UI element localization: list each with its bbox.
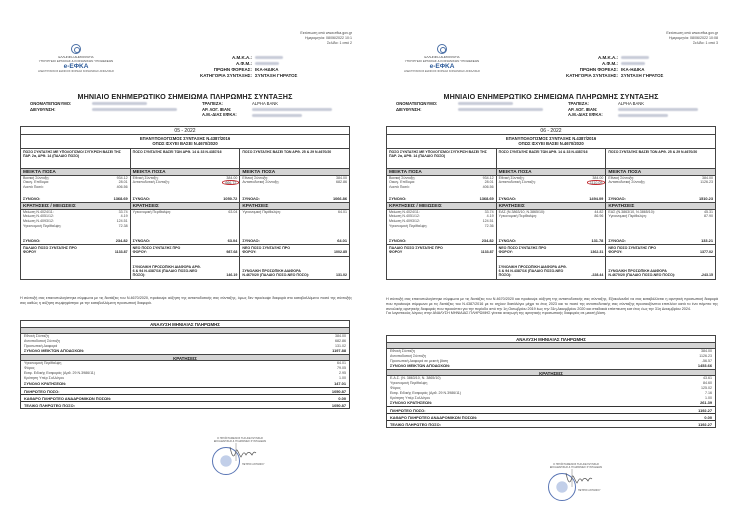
retroactive-amount-row: ΚΑΘΑΡΟ ΠΛΗΡΩΤΕΟ ΑΝΑΔΡΟΜΙΚΩΝ ΠΟΣΩΝ:0.00 bbox=[21, 394, 349, 401]
retroactive-amount-row: ΚΑΘΑΡΟ ΠΛΗΡΩΤΕΟ ΑΝΑΔΡΟΜΙΚΩΝ ΠΟΣΩΝ:0.00 bbox=[387, 413, 715, 420]
column-heading: ΠΟΣΟ ΣΥΝΤΑΞΗΣ ΒΑΣΕΙ ΤΩΝ ΑΡΘ. 25 & 29 Ν.4… bbox=[240, 149, 349, 168]
note-text-2: Για λογιστικούς λόγους στην ΑΝΑΛΥΣΗ ΜΗΝΙ… bbox=[386, 311, 718, 316]
final-payable-row-value: 1192.27 bbox=[698, 421, 712, 427]
gross-item: Ανταποδοτική Σύνταξη:1110.09 bbox=[497, 180, 606, 185]
payment-period: 06 - 2022 bbox=[387, 127, 715, 135]
item-label: Υγειονομική Περίθαλψη: bbox=[608, 214, 646, 219]
net-before-tax-value: 1377.02 bbox=[700, 250, 713, 254]
gross-total-value: 1368.69 bbox=[114, 196, 128, 202]
total-value: 1197.88 bbox=[332, 348, 346, 354]
signer-name: ΠΕΤΡΟΣ ΑΝΤΩΝΙΟΥ bbox=[578, 489, 601, 492]
item-value: 86.96 bbox=[594, 214, 603, 219]
page-number: Σελίδα: 1 από 2 bbox=[300, 41, 352, 46]
personal-difference-row: ΣΥΝΟΛΙΚΗ ΠΡΟΣΩΠΙΚΗ ΔΙΑΦΟΡΑ ΑΡΘ. 6 & 94 Ν… bbox=[497, 256, 606, 279]
total-value: 261.39 bbox=[700, 400, 712, 406]
total-value: 147.01 bbox=[334, 381, 346, 387]
net-before-tax-value: 1133.87 bbox=[481, 250, 494, 254]
payable-amount-row-value: 1192.27 bbox=[698, 407, 712, 413]
total-label: ΣΥΝΟΛΟ ΜΕΙΚΤΩΝ ΑΠΟΔΟΧΩΝ: bbox=[24, 348, 84, 354]
pension-slip-may: Εκτύπωση από www.efka.gov.gr Ημερομηνία:… bbox=[10, 0, 360, 517]
deduction-items: Υγειονομική Περίθαλψη:63.04 bbox=[131, 210, 240, 238]
print-header: Εκτύπωση από www.efka.gov.gr Ημερομηνία:… bbox=[666, 31, 718, 47]
logo-subtitle: ΗΛΕΚΤΡΟΝΙΚΟΣ ΕΘΝΙΚΟΣ ΦΟΡΕΑΣ ΚΟΙΝΩΝΙΚΗΣ Α… bbox=[26, 70, 126, 73]
gross-items: Βασική Σύνταξη:934.12Οικογ. Επίδομα:28.0… bbox=[387, 176, 496, 196]
calc-columns: ΠΟΣΟ ΣΥΝΤΑΞΗΣ ΜΕ ΥΠΟΛΟΓΙΣΜΟ/ ΣΥΓΚΡΙΣΗ ΒΑ… bbox=[387, 149, 715, 279]
gross-total-label: ΣΥΝΟΛΟ: bbox=[389, 196, 406, 202]
deduction-items: ΕΑΣ (Ν.3863/10, Ν.3865/10):45.31Υγειονομ… bbox=[606, 210, 715, 238]
gross-section-title: ΜΕΙΚΤΑ ΠΟΣΑ bbox=[21, 168, 130, 176]
deductions-total-label: ΣΥΝΟΛΟ: bbox=[242, 238, 259, 244]
net-before-tax-value: 1133.87 bbox=[115, 250, 128, 254]
official-stamp: Ο ΠΡΟΪΣΤΑΜΕΝΟΣ ΤΗΣ ΔΙΕΥΘΥΝΣΗΣ ΕΚΚΑΘΑΡΙΣΗ… bbox=[536, 463, 616, 513]
column-heading: ΠΟΣΟ ΣΥΝΤΑΞΗΣ ΜΕ ΥΠΟΛΟΓΙΣΜΟ/ ΣΥΓΚΡΙΣΗ ΒΑ… bbox=[21, 149, 130, 168]
monthly-payment-analysis: ΑΝΑΛΥΣΗ ΜΗΝΙΑΙΑΣ ΠΛΗΡΩΜΗΣΕθνική Σύνταξη3… bbox=[386, 335, 716, 428]
item-label: Υγειονομική Περίθαλψη: bbox=[389, 224, 427, 229]
gross-total-label: ΣΥΝΟΛΟ: bbox=[499, 196, 516, 202]
pension-category-value: ΣΥΝΤΑΞΗ ΓΗΡΑΤΟΣ bbox=[621, 73, 721, 79]
note-text: Η σύνταξή σας επανυπολογίστηκε σύμφωνα μ… bbox=[20, 296, 352, 306]
gross-total-value: 1510.23 bbox=[699, 196, 713, 202]
payable-amount-row: ΠΛΗΡΩΤΕΟ ΠΟΣΟ:1192.27 bbox=[387, 406, 715, 413]
deductions-total-label: ΣΥΝΟΛΟ: bbox=[608, 238, 625, 244]
deductions-total-label: ΣΥΝΟΛΟ: bbox=[23, 238, 40, 244]
recalculation-title: ΕΠΑΝΥΠΟΛΟΓΙΣΜΟΣ ΣΥΝΤΑΞΗΣ Ν.4387/2016 ΟΠΩ… bbox=[21, 135, 349, 149]
final-payable-row-label: ΤΕΛΙΚΟ ΠΛΗΡΩΤΕΟ ΠΟΣΟ: bbox=[390, 421, 441, 427]
highlighted-value: 1110.09 bbox=[587, 180, 605, 185]
net-before-tax-label: ΝΕΟ ΠΟΣΟ ΣΥΝΤΑΞΗΣ ΠΡΟ ΦΟΡΟΥ: bbox=[608, 246, 668, 255]
iban-redacted bbox=[618, 108, 698, 111]
payable-amount-row: ΠΛΗΡΩΤΕΟ ΠΟΣΟ:1050.87 bbox=[21, 387, 349, 394]
pension-category-label: ΚΑΤΗΓΟΡΙΑ ΣΥΝΤΑΞΗΣ: bbox=[180, 73, 255, 79]
recalculation-table: 05 - 2022 ΕΠΑΝΥΠΟΛΟΓΙΣΜΟΣ ΣΥΝΤΑΞΗΣ Ν.438… bbox=[20, 126, 350, 280]
analysis-deductions-title: ΚΡΑΤΗΣΕΙΣ bbox=[21, 354, 349, 361]
personal-difference-value: -243.15 bbox=[701, 273, 713, 277]
gross-section-title: ΜΕΙΚΤΑ ΠΟΣΑ bbox=[606, 168, 715, 176]
deduction-item: Υγειονομική Περίθαλψη:86.96 bbox=[497, 214, 606, 219]
item-label: Ανταποδοτική Σύνταξη: bbox=[499, 180, 536, 185]
gross-item: Λοιπά Ποσά:406.56 bbox=[21, 185, 130, 190]
gross-items: Εθνική Σύνταξη:384.00Ανταποδοτική Σύνταξ… bbox=[240, 176, 349, 196]
deductions-section-title: ΚΡΑΤΗΣΕΙΣ bbox=[240, 202, 349, 210]
deduction-items: Υγειονομική Περίθαλψη:64.01 bbox=[240, 210, 349, 238]
item-value: 406.56 bbox=[483, 185, 494, 190]
personal-difference-label: ΣΥΝΟΛΙΚΗ ΠΡΟΣΩΠΙΚΗ ΔΙΑΦΟΡΑ Ν.4670/20 (ΠΑ… bbox=[242, 269, 312, 278]
payable-amount-row-label: ΠΛΗΡΩΤΕΟ ΠΟΣΟ: bbox=[390, 407, 426, 413]
item-value: 64.01 bbox=[338, 210, 347, 215]
gross-item: Λοιπά Ποσά:406.56 bbox=[387, 185, 496, 190]
personal-difference-label: ΣΥΝΟΛΙΚΗ ΠΡΟΣΩΠΙΚΗ ΔΙΑΦΟΡΑ Ν.4670/20 (ΠΑ… bbox=[608, 269, 678, 278]
net-before-tax-row: ΝΕΟ ΠΟΣΟ ΣΥΝΤΑΞΗΣ ΠΡΟ ΦΟΡΟΥ:1002.85 bbox=[240, 244, 349, 256]
efka-logo: ΕΛΛΗΝΙΚΗ ΔΗΜΟΚΡΑΤΙΑ ΥΠΟΥΡΓΕΙΟ ΕΡΓΑΣΙΑΣ &… bbox=[392, 44, 492, 73]
total-label: ΣΥΝΟΛΟ ΜΕΙΚΤΩΝ ΑΠΟΔΟΧΩΝ: bbox=[390, 363, 450, 369]
deduction-item: Υγειονομική Περίθαλψη:87.90 bbox=[606, 214, 715, 219]
item-label: Ανταποδοτική Σύνταξη: bbox=[242, 180, 279, 185]
final-payable-row-value: 1050.87 bbox=[332, 402, 346, 408]
pensioner-ids: Α.Μ.Κ.Α.: Α.Φ.Μ.: ΠΡΩΗΝ ΦΟΡΕΑΣ:ΙΚΑ-ΗΔΙΚΑ… bbox=[546, 55, 721, 79]
deductions-total-value: 64.01 bbox=[337, 238, 347, 244]
deductions-section-title: ΚΡΑΤΗΣΕΙΣ / ΜΕΙΩΣΕΙΣ bbox=[21, 202, 130, 210]
gross-items: Εθνική Σύνταξη:384.00Ανταποδοτική Σύνταξ… bbox=[131, 176, 240, 196]
deduction-items: Μείωση Ν.4024/11:33.74Μείωση Ν.4051/12:4… bbox=[387, 210, 496, 238]
item-label: Λοιπά Ποσά: bbox=[389, 185, 410, 190]
deductions-section-title: ΚΡΑΤΗΣΕΙΣ bbox=[497, 202, 606, 210]
deductions-total-label: ΣΥΝΟΛΟ: bbox=[389, 238, 406, 244]
item-value: 72.36 bbox=[485, 224, 494, 229]
monthly-payment-analysis: ΑΝΑΛΥΣΗ ΜΗΝΙΑΙΑΣ ΠΛΗΡΩΜΗΣΕθνική Σύνταξη3… bbox=[20, 320, 350, 409]
analysis-title: ΑΝΑΛΥΣΗ ΜΗΝΙΑΙΑΣ ΠΛΗΡΩΜΗΣ bbox=[387, 336, 715, 343]
item-value: 1126.23 bbox=[700, 180, 713, 185]
deduction-item: Υγειονομική Περίθαλψη:72.36 bbox=[387, 224, 496, 229]
personal-difference-label: ΣΥΝΟΛΙΚΗ ΠΡΟΣΩΠΙΚΗ ΔΙΑΦΟΡΑ ΑΡΘ. 6 & 94 Ν… bbox=[133, 265, 203, 278]
net-before-tax-label: ΠΑΛΑΙΟ ΠΟΣΟ ΣΥΝΤΑΞΗΣ ΠΡΟ ΦΟΡΟΥ bbox=[23, 246, 83, 255]
item-label: Λοιπά Ποσά: bbox=[23, 185, 44, 190]
personal-difference-row: ΣΥΝΟΛΙΚΗ ΠΡΟΣΩΠΙΚΗ ΔΙΑΦΟΡΑ Ν.4670/20 (ΠΑ… bbox=[606, 256, 715, 279]
total-label: ΣΥΝΟΛΟ ΚΡΑΤΗΣΕΩΝ: bbox=[24, 381, 66, 387]
personal-difference-row: ΣΥΝΟΛΙΚΗ ΠΡΟΣΩΠΙΚΗ ΔΙΑΦΟΡΑ ΑΡΘ. 6 & 94 Ν… bbox=[131, 256, 240, 279]
net-before-tax-value: 1362.31 bbox=[590, 250, 603, 254]
deductions-total-value: 133.21 bbox=[701, 238, 713, 244]
item-value: 63.04 bbox=[228, 210, 237, 215]
deductions-total-value: 63.04 bbox=[228, 238, 238, 244]
explanatory-note: Η σύνταξή σας επανυπολογίστηκε σύμφωνα μ… bbox=[20, 296, 352, 306]
payable-amount-row-value: 1050.87 bbox=[332, 388, 346, 394]
name-redacted bbox=[92, 102, 147, 105]
deductions-section-title: ΚΡΑΤΗΣΕΙΣ bbox=[606, 202, 715, 210]
item-label: Υγειονομική Περίθαλψη: bbox=[242, 210, 280, 215]
analysis-deductions-title: ΚΡΑΤΗΣΕΙΣ bbox=[387, 369, 715, 376]
iban-redacted bbox=[252, 108, 332, 111]
gross-total-label: ΣΥΝΟΛΟ: bbox=[242, 196, 259, 202]
retroactive-amount-row-value: 0.00 bbox=[338, 395, 346, 401]
retroactive-amount-row-value: 0.00 bbox=[704, 414, 712, 420]
greek-coat-of-arms-icon bbox=[71, 44, 81, 54]
personal-details: ΟΝΟΜΑΤΕΠΩΝΥΜΟ: ΤΡΑΠΕΖΑ: ALPHA BANK ΔΙΕΥΘ… bbox=[396, 101, 716, 118]
pension-category-label: ΚΑΤΗΓΟΡΙΑ ΣΥΝΤΑΞΗΣ: bbox=[546, 73, 621, 79]
item-label: Υγειονομική Περίθαλψη: bbox=[499, 214, 537, 219]
efka-id-label: Α.Μ.-ΔΙΑΣ ΕΦΚΑ: bbox=[568, 112, 618, 118]
official-stamp: Ο ΠΡΟΪΣΤΑΜΕΝΟΣ ΤΗΣ ΔΙΕΥΘΥΝΣΗΣ ΕΚΚΑΘΑΡΙΣΗ… bbox=[200, 437, 280, 487]
net-before-tax-label: ΝΕΟ ΠΟΣΟ ΣΥΝΤΑΞΗΣ ΠΡΟ ΦΟΡΟΥ: bbox=[242, 246, 302, 255]
deduction-items: Μείωση Ν.4024/11:33.74Μείωση Ν.4051/12:4… bbox=[21, 210, 130, 238]
net-before-tax-label: ΠΑΛΑΙΟ ΠΟΣΟ ΣΥΝΤΑΞΗΣ ΠΡΟ ΦΟΡΟΥ bbox=[389, 246, 449, 255]
logo-subtitle: ΗΛΕΚΤΡΟΝΙΚΟΣ ΕΘΝΙΚΟΣ ΦΟΡΕΑΣ ΚΟΙΝΩΝΙΚΗΣ Α… bbox=[392, 70, 492, 73]
pensioner-ids: Α.Μ.Κ.Α.: Α.Φ.Μ.: ΠΡΩΗΝ ΦΟΡΕΑΣ:ΙΚΑ-ΗΔΙΚΑ… bbox=[180, 55, 355, 79]
deduction-items: ΕΑΣ (Ν.3863/10, Ν.3865/10):44.82Υγειονομ… bbox=[497, 210, 606, 238]
deductions-total-value: 131.78 bbox=[591, 238, 603, 244]
calc-column: ΠΟΣΟ ΣΥΝΤΑΞΗΣ ΜΕ ΥΠΟΛΟΓΙΣΜΟ/ ΣΥΓΚΡΙΣΗ ΒΑ… bbox=[21, 149, 131, 279]
deductions-total-label: ΣΥΝΟΛΟ: bbox=[133, 238, 150, 244]
signature-icon bbox=[564, 469, 594, 489]
calc-column: ΠΟΣΟ ΣΥΝΤΑΞΗΣ ΒΑΣΕΙ ΤΩΝ ΑΡΘ. 14 & 33 Ν.4… bbox=[131, 149, 241, 279]
personal-difference-value: 146.19 bbox=[226, 273, 237, 277]
deductions-section-title: ΚΡΑΤΗΣΕΙΣ bbox=[131, 202, 240, 210]
net-before-tax-row: ΝΕΟ ΠΟΣΟ ΣΥΝΤΑΞΗΣ ΠΡΟ ΦΟΡΟΥ:1362.31 bbox=[497, 244, 606, 256]
personal-details: ΟΝΟΜΑΤΕΠΩΝΥΜΟ: ΤΡΑΠΕΖΑ: ALPHA BANK ΔΙΕΥΘ… bbox=[30, 101, 350, 118]
gross-total-value: 1368.69 bbox=[480, 196, 494, 202]
column-heading: ΠΟΣΟ ΣΥΝΤΑΞΗΣ ΜΕ ΥΠΟΛΟΓΙΣΜΟ/ ΣΥΓΚΡΙΣΗ ΒΑ… bbox=[387, 149, 496, 168]
net-before-tax-label: ΝΕΟ ΠΟΣΟ ΣΥΝΤΑΞΗΣ ΠΡΟ ΦΟΡΟΥ: bbox=[133, 246, 193, 255]
net-before-tax-row: ΝΕΟ ΠΟΣΟ ΣΥΝΤΑΞΗΣ ΠΡΟ ΦΟΡΟΥ:987.68 bbox=[131, 244, 240, 256]
empty-cell bbox=[387, 256, 496, 279]
address-redacted bbox=[92, 108, 177, 111]
amka-redacted bbox=[621, 56, 649, 59]
gross-total-label: ΣΥΝΟΛΟ: bbox=[608, 196, 625, 202]
item-label: Υγειονομική Περίθαλψη: bbox=[133, 210, 171, 215]
calc-column: ΠΟΣΟ ΣΥΝΤΑΞΗΣ ΒΑΣΕΙ ΤΩΝ ΑΡΘ. 25 & 29 Ν.4… bbox=[240, 149, 349, 279]
calc-column: ΠΟΣΟ ΣΥΝΤΑΞΗΣ ΒΑΣΕΙ ΤΩΝ ΑΡΘ. 14 & 33 Ν.4… bbox=[497, 149, 607, 279]
column-heading: ΠΟΣΟ ΣΥΝΤΑΞΗΣ ΒΑΣΕΙ ΤΩΝ ΑΡΘ. 14 & 33 Ν.4… bbox=[497, 149, 606, 168]
note-text: Η σύνταξή σας επανυπολογίστηκε σύμφωνα μ… bbox=[386, 297, 718, 311]
recalc-title-line2: ΟΠΩΣ ΙΣΧΥΕΙ ΒΑΣΕΙ Ν.4670/2020 bbox=[21, 141, 349, 146]
payment-period: 05 - 2022 bbox=[21, 127, 349, 135]
page-number: Σελίδα: 1 από 3 bbox=[666, 41, 718, 46]
personal-difference-value: 131.02 bbox=[336, 273, 347, 277]
gross-total-value: 1494.09 bbox=[589, 196, 603, 202]
gross-total-value: 1050.72 bbox=[223, 196, 237, 202]
personal-difference-label: ΣΥΝΟΛΙΚΗ ΠΡΟΣΩΠΙΚΗ ΔΙΑΦΟΡΑ ΑΡΘ. 6 & 94 Ν… bbox=[499, 265, 569, 278]
gross-items: Εθνική Σύνταξη:384.00Ανταποδοτική Σύνταξ… bbox=[497, 176, 606, 196]
pension-slip-june: Εκτύπωση από www.efka.gov.gr Ημερομηνία:… bbox=[376, 0, 726, 517]
net-before-tax-row: ΝΕΟ ΠΟΣΟ ΣΥΝΤΑΞΗΣ ΠΡΟ ΦΟΡΟΥ:1377.02 bbox=[606, 244, 715, 256]
efka-logo: ΕΛΛΗΝΙΚΗ ΔΗΜΟΚΡΑΤΙΑ ΥΠΟΥΡΓΕΙΟ ΕΡΓΑΣΙΑΣ &… bbox=[26, 44, 126, 73]
efka-id-redacted bbox=[618, 114, 668, 117]
efka-id-redacted bbox=[252, 114, 302, 117]
gross-section-title: ΜΕΙΚΤΑ ΠΟΣΑ bbox=[240, 168, 349, 176]
final-payable-row: ΤΕΛΙΚΟ ΠΛΗΡΩΤΕΟ ΠΟΣΟ:1192.27 bbox=[387, 420, 715, 427]
analysis-title: ΑΝΑΛΥΣΗ ΜΗΝΙΑΙΑΣ ΠΛΗΡΩΜΗΣ bbox=[21, 321, 349, 328]
net-before-tax-value: 987.68 bbox=[226, 250, 237, 254]
gross-items: Εθνική Σύνταξη:384.00Ανταποδοτική Σύνταξ… bbox=[606, 176, 715, 196]
net-before-tax-row: ΠΑΛΑΙΟ ΠΟΣΟ ΣΥΝΤΑΞΗΣ ΠΡΟ ΦΟΡΟΥ1133.87 bbox=[21, 244, 130, 256]
personal-difference-value: -228.44 bbox=[591, 273, 603, 277]
recalculation-title: ΕΠΑΝΥΠΟΛΟΓΙΣΜΟΣ ΣΥΝΤΑΞΗΣ Ν.4387/2016 ΟΠΩ… bbox=[387, 135, 715, 149]
document-title: ΜΗΝΙΑΙΟ ΕΝΗΜΕΡΩΤΙΚΟ ΣΗΜΕΙΩΜΑ ΠΛΗΡΩΜΗΣ ΣΥ… bbox=[376, 92, 726, 101]
net-before-tax-value: 1002.85 bbox=[334, 250, 347, 254]
item-value: 72.38 bbox=[119, 224, 128, 229]
net-before-tax-label: ΝΕΟ ΠΟΣΟ ΣΥΝΤΑΞΗΣ ΠΡΟ ΦΟΡΟΥ: bbox=[499, 246, 559, 255]
print-header: Εκτύπωση από www.efka.gov.gr Ημερομηνία:… bbox=[300, 31, 352, 47]
item-label: Υγειονομική Περίθαλψη: bbox=[23, 224, 61, 229]
deductions-total-value: 234.82 bbox=[116, 238, 128, 244]
recalculation-table: 06 - 2022 ΕΠΑΝΥΠΟΛΟΓΙΣΜΟΣ ΣΥΝΤΑΞΗΣ Ν.438… bbox=[386, 126, 716, 280]
gross-total-label: ΣΥΝΟΛΟ: bbox=[133, 196, 150, 202]
highlighted-value: 666.72 bbox=[222, 180, 239, 185]
item-value: 87.90 bbox=[704, 214, 713, 219]
gross-item: Ανταποδοτική Σύνταξη:666.72 bbox=[131, 180, 240, 185]
deduction-item: Υγειονομική Περίθαλψη:64.01 bbox=[240, 210, 349, 215]
personal-difference-row: ΣΥΝΟΛΙΚΗ ΠΡΟΣΩΠΙΚΗ ΔΙΑΦΟΡΑ Ν.4670/20 (ΠΑ… bbox=[240, 256, 349, 279]
address-redacted bbox=[458, 108, 543, 111]
final-payable-row-label: ΤΕΛΙΚΟ ΠΛΗΡΩΤΕΟ ΠΟΣΟ: bbox=[24, 402, 75, 408]
retroactive-amount-row-label: ΚΑΘΑΡΟ ΠΛΗΡΩΤΕΟ ΑΝΑΔΡΟΜΙΚΩΝ ΠΟΣΩΝ: bbox=[390, 414, 477, 420]
gross-total-label: ΣΥΝΟΛΟ: bbox=[23, 196, 40, 202]
deductions-section-title: ΚΡΑΤΗΣΕΙΣ / ΜΕΙΩΣΕΙΣ bbox=[387, 202, 496, 210]
final-payable-row: ΤΕΛΙΚΟ ΠΛΗΡΩΤΕΟ ΠΟΣΟ:1050.87 bbox=[21, 401, 349, 408]
greek-coat-of-arms-icon bbox=[437, 44, 447, 54]
gross-item: Ανταποδοτική Σύνταξη:682.86 bbox=[240, 180, 349, 185]
deductions-total-label: ΣΥΝΟΛΟ: bbox=[499, 238, 516, 244]
retroactive-amount-row-label: ΚΑΘΑΡΟ ΠΛΗΡΩΤΕΟ ΑΝΑΔΡΟΜΙΚΩΝ ΠΟΣΩΝ: bbox=[24, 395, 111, 401]
calc-column: ΠΟΣΟ ΣΥΝΤΑΞΗΣ ΒΑΣΕΙ ΤΩΝ ΑΡΘ. 25 & 29 Ν.4… bbox=[606, 149, 715, 279]
explanatory-note: Η σύνταξή σας επανυπολογίστηκε σύμφωνα μ… bbox=[386, 297, 718, 316]
item-label: Ανταποδοτική Σύνταξη: bbox=[608, 180, 645, 185]
afm-redacted bbox=[255, 62, 279, 65]
total-label: ΣΥΝΟΛΟ ΚΡΑΤΗΣΕΩΝ: bbox=[390, 400, 432, 406]
name-redacted bbox=[458, 102, 513, 105]
column-heading: ΠΟΣΟ ΣΥΝΤΑΞΗΣ ΒΑΣΕΙ ΤΩΝ ΑΡΘ. 25 & 29 Ν.4… bbox=[606, 149, 715, 168]
recalc-title-line2: ΟΠΩΣ ΙΣΧΥΕΙ ΒΑΣΕΙ Ν.4670/2020 bbox=[387, 141, 715, 146]
deduction-item: Υγειονομική Περίθαλψη:63.04 bbox=[131, 210, 240, 215]
signer-name: ΠΕΤΡΟΣ ΑΝΤΩΝΙΟΥ bbox=[242, 463, 265, 466]
gross-total-value: 1066.86 bbox=[333, 196, 347, 202]
gross-section-title: ΜΕΙΚΤΑ ΠΟΣΑ bbox=[387, 168, 496, 176]
calc-columns: ΠΟΣΟ ΣΥΝΤΑΞΗΣ ΜΕ ΥΠΟΛΟΓΙΣΜΟ/ ΣΥΓΚΡΙΣΗ ΒΑ… bbox=[21, 149, 349, 279]
pension-category-value: ΣΥΝΤΑΞΗ ΓΗΡΑΤΟΣ bbox=[255, 73, 355, 79]
item-value: 406.56 bbox=[117, 185, 128, 190]
calc-column: ΠΟΣΟ ΣΥΝΤΑΞΗΣ ΜΕ ΥΠΟΛΟΓΙΣΜΟ/ ΣΥΓΚΡΙΣΗ ΒΑ… bbox=[387, 149, 497, 279]
deduction-item: Υγειονομική Περίθαλψη:72.38 bbox=[21, 224, 130, 229]
gross-section-title: ΜΕΙΚΤΑ ΠΟΣΑ bbox=[497, 168, 606, 176]
efka-id-label: Α.Μ.-ΔΙΑΣ ΕΦΚΑ: bbox=[202, 112, 252, 118]
empty-cell bbox=[21, 256, 130, 279]
deductions-total-value: 234.82 bbox=[482, 238, 494, 244]
amka-redacted bbox=[255, 56, 283, 59]
column-heading: ΠΟΣΟ ΣΥΝΤΑΞΗΣ ΒΑΣΕΙ ΤΩΝ ΑΡΘ. 14 & 33 Ν.4… bbox=[131, 149, 240, 168]
item-label: Ανταποδοτική Σύνταξη: bbox=[133, 180, 170, 185]
net-before-tax-row: ΠΑΛΑΙΟ ΠΟΣΟ ΣΥΝΤΑΞΗΣ ΠΡΟ ΦΟΡΟΥ1133.87 bbox=[387, 244, 496, 256]
item-value: 682.86 bbox=[336, 180, 347, 185]
gross-section-title: ΜΕΙΚΤΑ ΠΟΣΑ bbox=[131, 168, 240, 176]
payable-amount-row-label: ΠΛΗΡΩΤΕΟ ΠΟΣΟ: bbox=[24, 388, 60, 394]
total-value: 1453.66 bbox=[698, 363, 712, 369]
afm-redacted bbox=[621, 62, 645, 65]
gross-items: Βασική Σύνταξη:934.12Οικογ. Επίδομα:28.0… bbox=[21, 176, 130, 196]
signature-icon bbox=[228, 443, 258, 463]
document-title: ΜΗΝΙΑΙΟ ΕΝΗΜΕΡΩΤΙΚΟ ΣΗΜΕΙΩΜΑ ΠΛΗΡΩΜΗΣ ΣΥ… bbox=[10, 92, 360, 101]
gross-item: Ανταποδοτική Σύνταξη:1126.23 bbox=[606, 180, 715, 185]
